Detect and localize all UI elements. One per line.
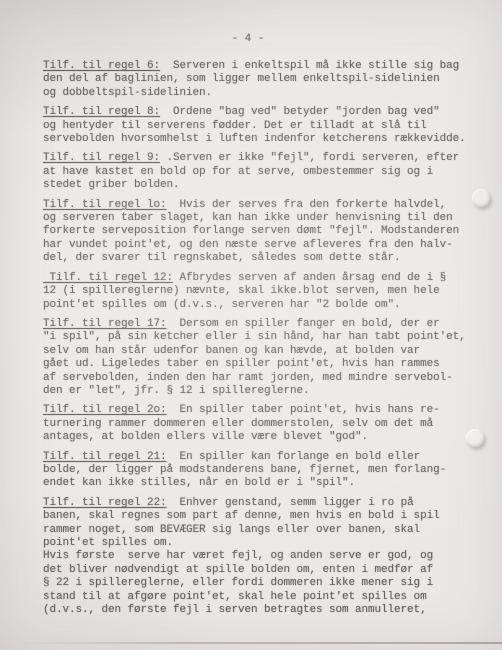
rule-heading: Tilf. til regel 12: [43, 272, 173, 284]
rule-addendum-paragraph: Tilf. til regel 12: Afbrydes serven af a… [43, 272, 483, 312]
rule-addendum-paragraph: Tilf. til regel 9: .Serven er ikke "fejl… [43, 152, 483, 192]
rule-addendum-paragraph: Tilf. til regel 22: Enhver genstand, sem… [43, 497, 483, 551]
rule-heading: Tilf. til regel 6: [43, 60, 160, 72]
rule-addendum-paragraph: Tilf. til regel 17: Dersom en spiller fa… [43, 318, 483, 398]
rule-heading: Tilf. til regel 2o: [43, 404, 167, 416]
rule-addendum-paragraph: Tilf. til regel 2o: En spiller taber poi… [43, 404, 483, 444]
rule-heading: Tilf. til regel lo: [43, 199, 167, 211]
rule-heading: Tilf. til regel 22: [43, 497, 167, 509]
page-edge-shadow [18, 642, 502, 644]
page-number: - 4 - [0, 33, 496, 45]
rule-addendum-paragraph: Tilf. til regel 8: Ordene "bag ved" bety… [43, 106, 483, 146]
rule-addendum-paragraph: Tilf. til regel 21: En spiller kan forla… [43, 451, 483, 491]
rule-heading: Tilf. til regel 21: [43, 451, 167, 463]
punch-hole-mark [466, 429, 484, 447]
rule-heading: Tilf. til regel 8: [43, 106, 160, 118]
punch-hole-mark [472, 189, 490, 207]
rule-addendum-paragraph: Tilf. til regel lo: Hvis der serves fra … [43, 199, 483, 266]
scanned-document: { "page": { "number_label": "- 4 -", "pa… [0, 0, 502, 650]
rule-heading: Tilf. til regel 17: [43, 318, 167, 330]
rule-addendum-paragraph: Tilf. til regel 6: Serveren i enkeltspil… [43, 60, 483, 100]
document-body: Tilf. til regel 6: Serveren i enkeltspil… [43, 60, 483, 617]
rule-heading: Tilf. til regel 9: [43, 152, 160, 164]
rule-addendum-paragraph: Hvis første serve har været fejl, og and… [43, 550, 483, 617]
rule-body: Hvis første serve har været fejl, og and… [43, 550, 433, 616]
